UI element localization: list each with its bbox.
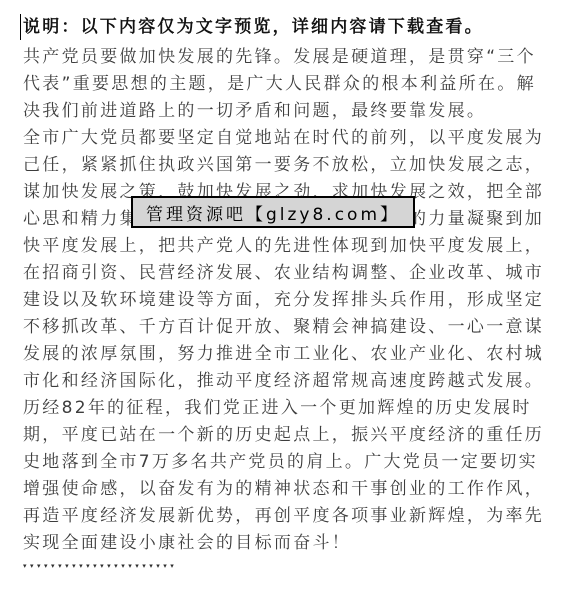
document-paragraph: 共产党员要做加快发展的先锋。发展是硬道理，是贯穿“三个代表”重要思想的主题，是广… [23,44,550,125]
watermark-box[interactable]: 管理资源吧【glzy8.com】 [131,196,415,228]
watermark-label: 管理资源吧【glzy8.com】 [146,200,400,225]
preview-page: 说明：以下内容仅为文字预览，详细内容请下载查看。 共产党员要做加快发展的先锋。发… [0,0,578,600]
document-body: 共产党员要做加快发展的先锋。发展是硬道理，是贯穿“三个代表”重要思想的主题，是广… [0,40,578,557]
document-paragraph: 历经82年的征程，我们党正进入一个更加辉煌的历史发展时期，平度已站在一个新的历史… [23,395,550,557]
preview-notice: 说明：以下内容仅为文字预览，详细内容请下载查看。 [0,0,578,40]
document-paragraph: 全市广大党员都要坚定自觉地站在时代的前列，以平度发展为己任，紧紧抓住执政兴国第一… [23,125,550,395]
ellipsis-dots-line: ▾▾▾▾▾▾▾▾▾▾▾▾▾▾▾▾▾▾▾▾▾▾ [0,557,578,573]
